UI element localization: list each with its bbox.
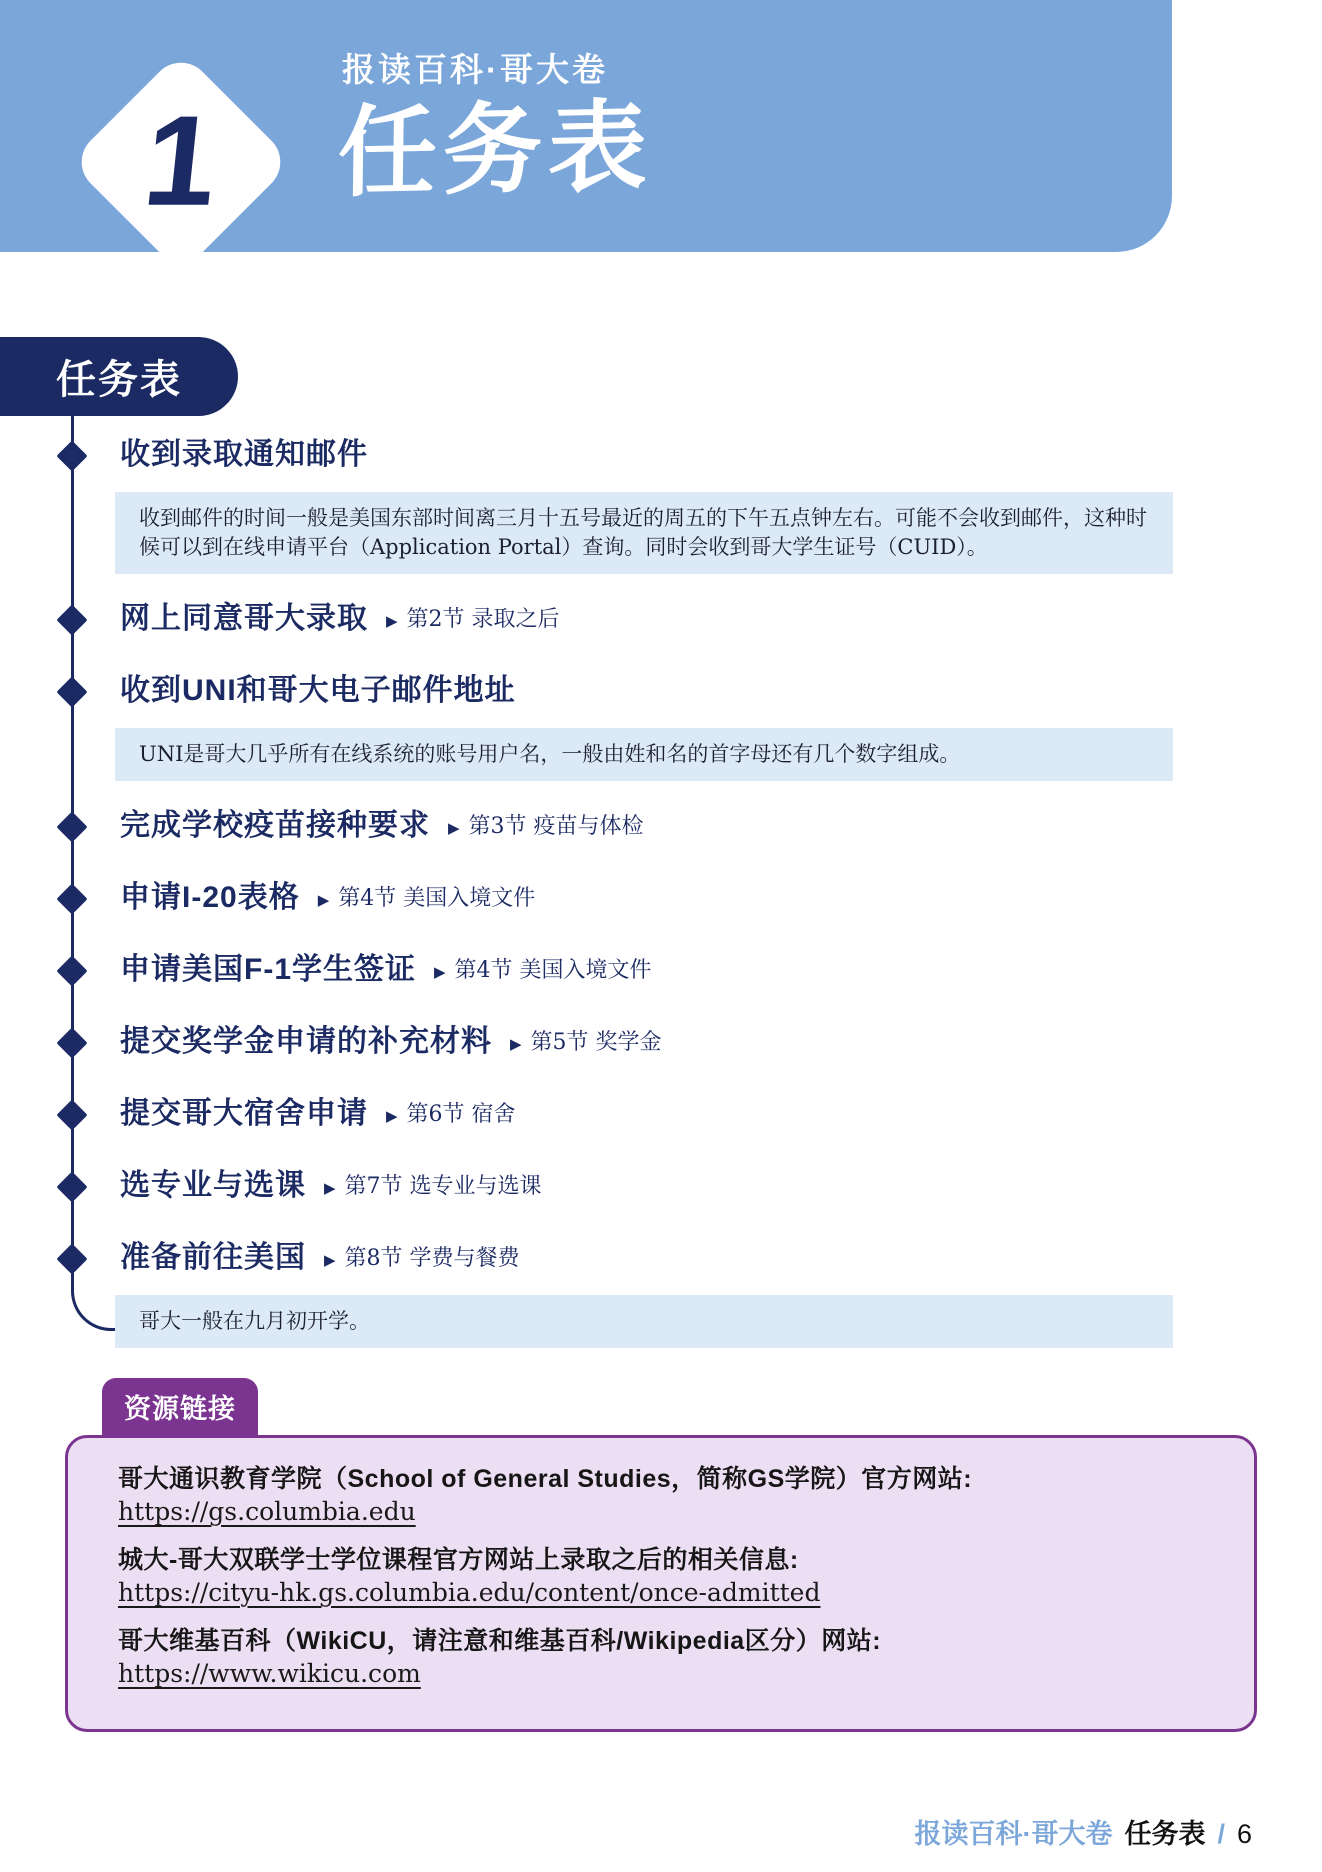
page-footer: 报读百科·哥大卷 任务表 / 6	[914, 1812, 1252, 1851]
diamond-bullet-icon	[56, 676, 87, 707]
task-title: 申请美国F-1学生签证	[120, 955, 416, 985]
triangle-icon: ▶	[448, 818, 460, 840]
task-list: 收到录取通知邮件 收到邮件的时间一般是美国东部时间离三月十五号最近的周五的下午五…	[0, 440, 1180, 1378]
resource-item: 哥大通识教育学院（School of General Studies，简称GS学…	[118, 1464, 1208, 1527]
task-title: 提交奖学金申请的补充材料	[120, 1027, 492, 1057]
task-title: 申请I-20表格	[120, 883, 300, 913]
resource-link[interactable]: https://gs.columbia.edu	[118, 1497, 416, 1527]
task-title: 提交哥大宿舍申请	[120, 1099, 368, 1129]
task-section-ref-text: 第3节 疫苗与体检	[469, 815, 644, 839]
section-label: 任务表	[0, 337, 238, 416]
resource-links-section: 资源链接 哥大通识教育学院（School of General Studies，…	[0, 1378, 1322, 1732]
footer-page-number: 6	[1237, 1819, 1252, 1850]
resource-item: 城大-哥大双联学士学位课程官方网站上录取之后的相关信息: https://cit…	[118, 1545, 1208, 1608]
task-item: 准备前往美国 ▶ 第8节 学费与餐费 哥大一般在九月初开学。	[0, 1243, 1180, 1348]
task-section-ref-text: 第7节 选专业与选课	[345, 1175, 542, 1199]
task-item: 申请美国F-1学生签证 ▶ 第4节 美国入境文件	[0, 955, 1180, 985]
task-section-ref: ▶ 第3节 疫苗与体检	[448, 815, 644, 841]
triangle-icon: ▶	[510, 1034, 522, 1056]
diamond-bullet-icon	[56, 1243, 87, 1274]
triangle-icon: ▶	[434, 962, 446, 984]
task-section-ref-text: 第6节 宿舍	[407, 1103, 516, 1127]
task-note: UNI是哥大几乎所有在线系统的账号用户名，一般由姓和名的首字母还有几个数字组成。	[115, 728, 1173, 781]
task-title: 收到UNI和哥大电子邮件地址	[120, 676, 516, 706]
resource-link[interactable]: https://cityu-hk.gs.columbia.edu/content…	[118, 1578, 820, 1608]
page-title: 任务表	[337, 97, 654, 205]
task-title: 准备前往美国	[120, 1243, 306, 1273]
triangle-icon: ▶	[386, 1106, 398, 1128]
resource-caption: 哥大维基百科（WikiCU，请注意和维基百科/Wikipedia区分）网站:	[118, 1626, 1208, 1657]
resource-link[interactable]: https://www.wikicu.com	[118, 1659, 421, 1689]
task-item: 申请I-20表格 ▶ 第4节 美国入境文件	[0, 883, 1180, 913]
triangle-icon: ▶	[324, 1250, 336, 1272]
task-section-ref-text: 第4节 美国入境文件	[338, 887, 535, 911]
triangle-icon: ▶	[324, 1178, 336, 1200]
diamond-bullet-icon	[56, 883, 87, 914]
task-title: 选专业与选课	[120, 1171, 306, 1201]
series-title: 报读百科·哥大卷	[342, 44, 608, 91]
chapter-number-diamond: 1	[69, 50, 292, 273]
resource-item: 哥大维基百科（WikiCU，请注意和维基百科/Wikipedia区分）网站: h…	[118, 1626, 1208, 1689]
task-section-ref: ▶ 第7节 选专业与选课	[324, 1175, 542, 1201]
diamond-bullet-icon	[56, 440, 87, 471]
task-section-ref: ▶ 第2节 录取之后	[386, 608, 560, 634]
diamond-bullet-icon	[56, 1099, 87, 1130]
task-item: 收到录取通知邮件 收到邮件的时间一般是美国东部时间离三月十五号最近的周五的下午五…	[0, 440, 1180, 574]
diamond-bullet-icon	[56, 1171, 87, 1202]
task-item: 完成学校疫苗接种要求 ▶ 第3节 疫苗与体检	[0, 811, 1180, 841]
triangle-icon: ▶	[386, 611, 398, 633]
task-section-ref: ▶ 第4节 美国入境文件	[318, 887, 536, 913]
diamond-bullet-icon	[56, 604, 87, 635]
task-note: 收到邮件的时间一般是美国东部时间离三月十五号最近的周五的下午五点钟左右。可能不会…	[115, 492, 1173, 574]
diamond-bullet-icon	[56, 811, 87, 842]
task-item: 提交哥大宿舍申请 ▶ 第6节 宿舍	[0, 1099, 1180, 1129]
chapter-number: 1	[139, 98, 224, 226]
footer-separator: /	[1217, 1819, 1225, 1850]
resource-links-label: 资源链接	[102, 1378, 258, 1435]
task-section-ref-text: 第4节 美国入境文件	[455, 959, 652, 983]
task-section-ref-text: 第2节 录取之后	[407, 608, 560, 632]
header-banner: 1 报读百科·哥大卷 任务表	[0, 0, 1172, 252]
task-section-ref: ▶ 第5节 奖学金	[510, 1031, 662, 1057]
task-title: 收到录取通知邮件	[120, 440, 368, 470]
task-item: 网上同意哥大录取 ▶ 第2节 录取之后	[0, 604, 1180, 634]
task-note: 哥大一般在九月初开学。	[115, 1295, 1173, 1348]
diamond-bullet-icon	[56, 1027, 87, 1058]
task-section-ref: ▶ 第6节 宿舍	[386, 1103, 516, 1129]
resource-caption: 城大-哥大双联学士学位课程官方网站上录取之后的相关信息:	[118, 1545, 1208, 1576]
footer-section: 任务表	[1124, 1812, 1205, 1851]
triangle-icon: ▶	[318, 890, 330, 912]
task-title: 完成学校疫苗接种要求	[120, 811, 430, 841]
task-section-ref: ▶ 第4节 美国入境文件	[434, 959, 652, 985]
task-section-ref-text: 第8节 学费与餐费	[345, 1247, 520, 1271]
footer-series: 报读百科·哥大卷	[914, 1812, 1112, 1851]
resource-links-box: 哥大通识教育学院（School of General Studies，简称GS学…	[65, 1435, 1257, 1732]
task-section-ref: ▶ 第8节 学费与餐费	[324, 1247, 520, 1273]
resource-caption: 哥大通识教育学院（School of General Studies，简称GS学…	[118, 1464, 1208, 1495]
task-item: 收到UNI和哥大电子邮件地址 UNI是哥大几乎所有在线系统的账号用户名，一般由姓…	[0, 676, 1180, 781]
task-section-ref-text: 第5节 奖学金	[531, 1031, 662, 1055]
task-item: 选专业与选课 ▶ 第7节 选专业与选课	[0, 1171, 1180, 1201]
diamond-bullet-icon	[56, 955, 87, 986]
document-page: 1 报读百科·哥大卷 任务表 任务表 收到录取通知邮件 收到邮件的时间一般是美国…	[0, 0, 1322, 1872]
task-title: 网上同意哥大录取	[120, 604, 368, 634]
task-item: 提交奖学金申请的补充材料 ▶ 第5节 奖学金	[0, 1027, 1180, 1057]
